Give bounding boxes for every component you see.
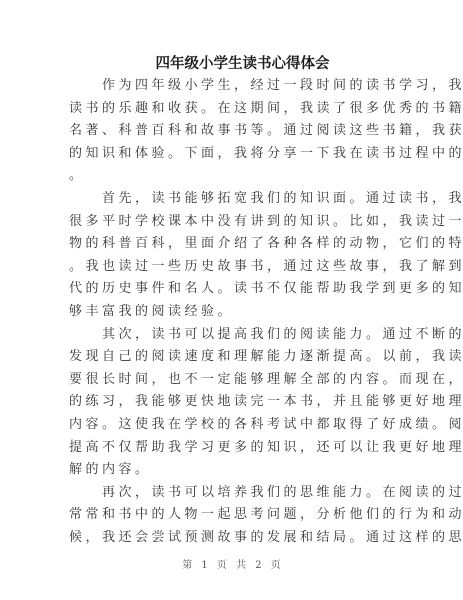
text-line: 提高不仅帮助我学习更多的知识，还可以让我更好地理解老师讲 [69, 437, 389, 460]
text-line: 够丰富我的阅读经验。 [69, 301, 389, 324]
document-body: 作为四年级小学生，经过一段时间的读书学习，我感受到了 读书的乐趣和收获。在这期间… [69, 75, 389, 549]
text-line: 读书的乐趣和收获。在这期间，我读了很多优秀的书籍，有文学 [69, 98, 389, 121]
text-line: 的知识和体验。下面，我将分享一下我在读书过程中的心得体会 [69, 143, 389, 166]
text-line: 再次，读书可以培养我们的思维能力。在阅读的过程中，我 [69, 482, 389, 505]
text-line: 其次，读书可以提高我们的阅读能力。通过不断的阅读，我 [69, 324, 389, 347]
text-line: 首先，读书能够拓宽我们的知识面。通过读书，我了解到了 [69, 188, 389, 211]
text-line: 的练习，我能够更快地读完一本书，并且能够更好地理解书中的 [69, 391, 389, 414]
text-line: 很多平时学校课本中没有讲到的知识。比如，我读过一本关于动 [69, 211, 389, 234]
document-title: 四年级小学生读书心得体会 [0, 53, 463, 75]
document-page: 四年级小学生读书心得体会 作为四年级小学生，经过一段时间的读书学习，我感受到了 … [0, 0, 463, 600]
text-line: 发现自己的阅读速度和理解能力逐渐提高。以前，我读一本书需 [69, 346, 389, 369]
text-line: 解的内容。 [69, 459, 389, 482]
text-line: 作为四年级小学生，经过一段时间的读书学习，我感受到了 [69, 75, 389, 98]
text-line: 。 [69, 165, 389, 188]
text-line: 候，我还会尝试预测故事的发展和结局。通过这样的思维锻炼， [69, 527, 389, 550]
text-line: 要很长时间，也不一定能够理解全部的内容。而现在，通过读书 [69, 369, 389, 392]
text-line: 代的历史事件和名人。读书不仅能帮助我学到更多的知识，还能 [69, 278, 389, 301]
text-line: 物的科普百科，里面介绍了各种各样的动物，它们的特点和习性 [69, 233, 389, 256]
text-line: 名著、科普百科和故事书等。通过阅读这些书籍，我获得了很多 [69, 120, 389, 143]
text-line: 。我也读过一些历史故事书，通过这些故事，我了解到了一些古 [69, 256, 389, 279]
text-line: 内容。这使我在学校的各科考试中都取得了好成绩。阅读能力的 [69, 414, 389, 437]
text-line: 常常和书中的人物一起思考问题，分析他们的行为和动机。有时 [69, 504, 389, 527]
page-number-footer: 第 1 页 共 2 页 [0, 558, 463, 574]
